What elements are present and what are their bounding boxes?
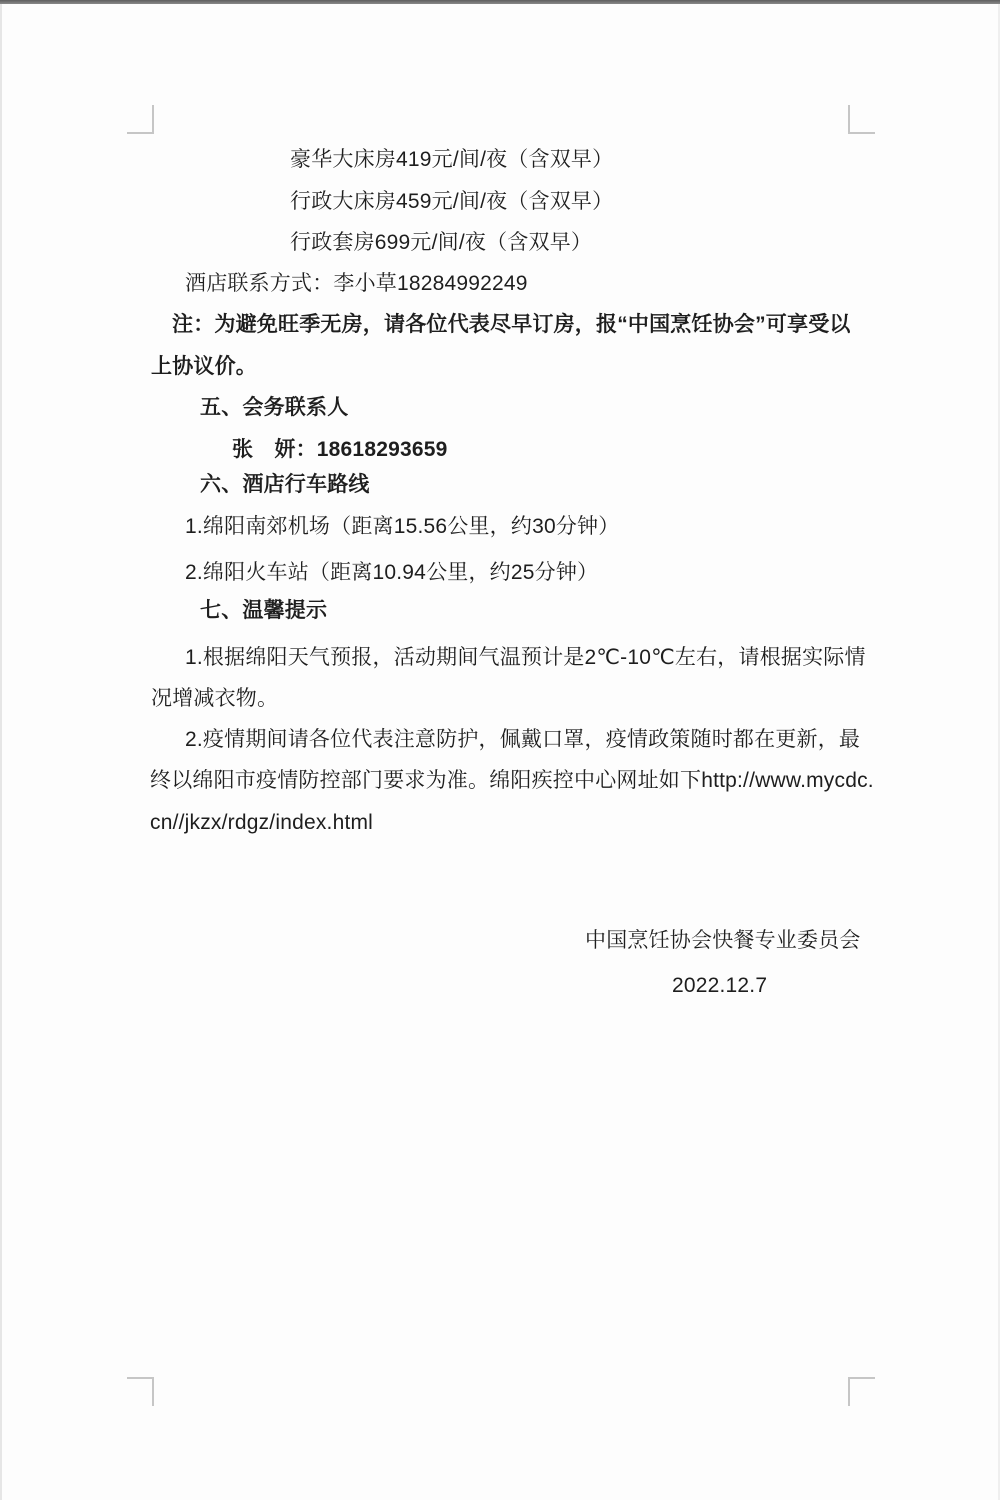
tip-2-url-line: cn//jkzx/rdgz/index.html	[150, 810, 373, 836]
date-line: 2022.12.7	[672, 973, 767, 999]
section-7-heading: 七、温馨提示	[200, 598, 327, 624]
price-line-deluxe-king: 豪华大床房419元/间/夜（含双早）	[290, 147, 613, 173]
price-line-executive-king: 行政大床房459元/间/夜（含双早）	[290, 189, 613, 215]
contact-person-line: 张 妍：18618293659	[232, 437, 447, 463]
crop-mark-bottom-left-icon	[127, 1377, 154, 1406]
tip-2-line-1: 2.疫情期间请各位代表注意防护，佩戴口罩，疫情政策随时都在更新，最	[185, 727, 860, 753]
tip-1-line-1: 1.根据绵阳天气预报，活动期间气温预计是2℃-10℃左右，请根据实际情	[185, 645, 866, 671]
screen-top-edge	[0, 0, 1000, 4]
screen-left-edge	[0, 4, 2, 1500]
route-item-train-station: 2.绵阳火车站（距离10.94公里，约25分钟）	[185, 560, 598, 586]
note-line-2: 上协议价。	[151, 354, 257, 380]
hotel-contact-line: 酒店联系方式：李小草18284992249	[185, 271, 528, 297]
signature-line: 中国烹饪协会快餐专业委员会	[585, 928, 861, 954]
crop-mark-top-left-icon	[127, 105, 154, 134]
tip-2-line-2: 终以绵阳市疫情防控部门要求为准。绵阳疾控中心网址如下http://www.myc…	[150, 768, 874, 794]
route-item-airport: 1.绵阳南郊机场（距离15.56公里，约30分钟）	[185, 514, 619, 540]
section-5-heading: 五、会务联系人	[200, 395, 348, 421]
section-6-heading: 六、酒店行车路线	[200, 472, 370, 498]
crop-mark-bottom-right-icon	[848, 1377, 875, 1406]
note-line-1: 注：为避免旺季无房，请各位代表尽早订房，报“中国烹饪协会”可享受以	[172, 312, 851, 338]
crop-mark-top-right-icon	[848, 105, 875, 134]
tip-1-line-2: 况增减衣物。	[151, 686, 278, 712]
document-page: 豪华大床房419元/间/夜（含双早） 行政大床房459元/间/夜（含双早） 行政…	[0, 0, 1000, 1500]
price-line-executive-suite: 行政套房699元/间/夜（含双早）	[290, 230, 592, 256]
